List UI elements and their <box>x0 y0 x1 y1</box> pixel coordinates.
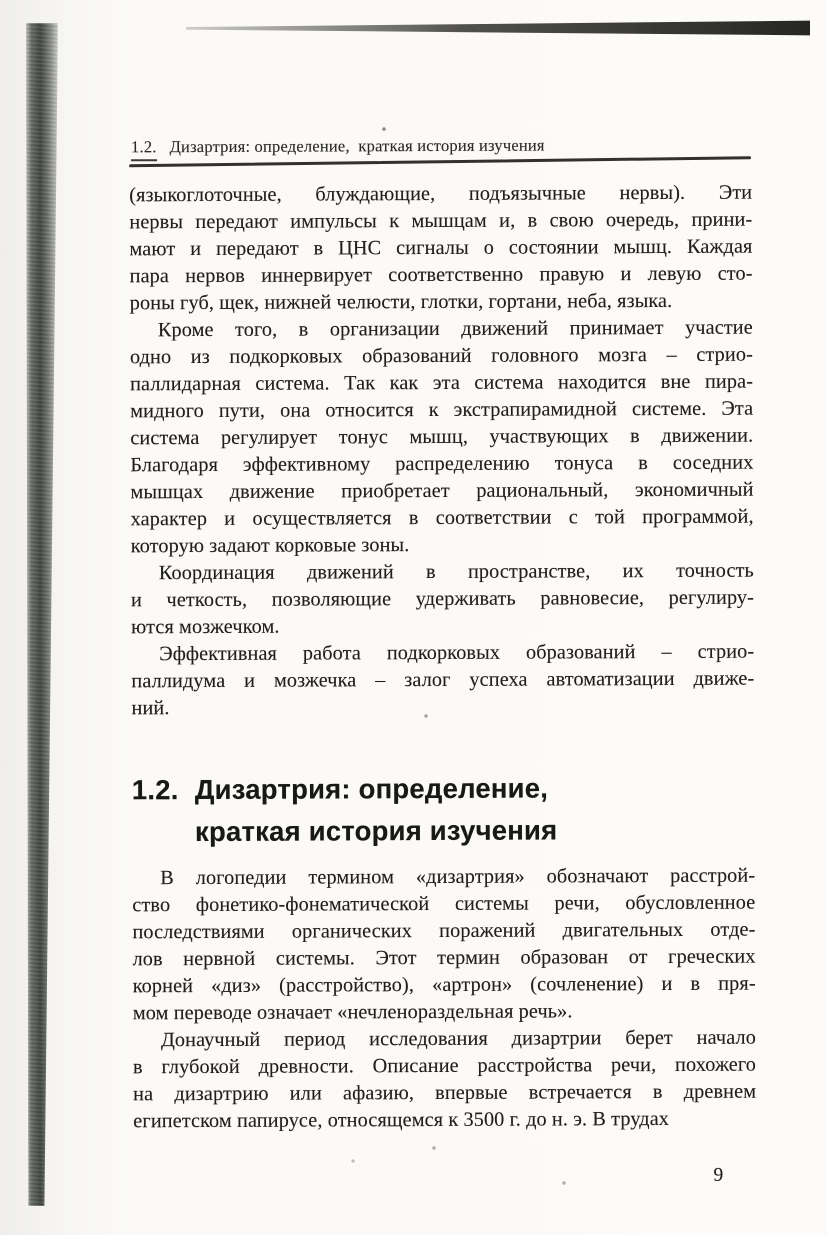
text-line: лов нервной системы. Этот термин образов… <box>133 944 756 974</box>
page-content: 1.2. Дизартрия: определение, краткая ист… <box>128 0 756 1235</box>
text-block-upper: (языкоглоточные, блуждающие, подъязычные… <box>129 180 754 723</box>
text-line: система регулирует тонус мышц, участвующ… <box>130 423 753 453</box>
text-line: ний. <box>131 693 754 723</box>
text-line: (языкоглоточные, блуждающие, подъязычные… <box>129 180 752 210</box>
running-header: 1.2. Дизартрия: определение, краткая ист… <box>131 135 545 161</box>
text-line: египетском папирусе, относящемся к 3500 … <box>133 1106 756 1136</box>
text-line: В логопедии термином «дизартрия» обознач… <box>132 863 755 893</box>
paragraph: Кроме того, в организации движений прини… <box>130 315 754 561</box>
paragraph: (языкоглоточные, блуждающие, подъязычные… <box>129 180 753 318</box>
section-heading: 1.2. Дизартрия: определение, краткая ист… <box>132 767 558 853</box>
text-line: паллидарная система. Так как эта система… <box>130 369 753 399</box>
text-line: ство фонетико-фонематической системы реч… <box>132 890 755 920</box>
text-line: Донаучный период исследования дизартрии … <box>133 1025 756 1055</box>
text-line: одно из подкорковых образований головног… <box>130 342 753 372</box>
text-line: Благодаря эффективному распределению тон… <box>130 450 753 480</box>
text-line: которую задают корковые зоны. <box>131 531 754 561</box>
text-line: Кроме того, в организации движений прини… <box>130 315 753 345</box>
section-heading-line2: краткая история изучения <box>195 809 558 853</box>
text-line: мом переводе означает «нечленораздельная… <box>133 998 756 1028</box>
text-line: корней «диз» (расстройство), «артрон» (с… <box>133 971 756 1001</box>
text-line: Эффективная работа подкорковых образован… <box>131 639 754 669</box>
text-line: мышцах движение приобретает рациональный… <box>130 477 753 507</box>
paragraph: В логопедии термином «дизартрия» обознач… <box>132 863 756 1028</box>
running-header-number: 1.2. <box>131 137 157 161</box>
text-line: Координация движений в пространстве, их … <box>131 558 754 588</box>
text-line: на дизартрию или афазию, впервые встреча… <box>133 1079 756 1109</box>
text-line: мают и передают в ЦНС сигналы о состояни… <box>129 234 752 264</box>
text-block-lower: В логопедии термином «дизартрия» обознач… <box>132 863 756 1136</box>
text-line: пара нервов иннервирует соответственно п… <box>130 261 753 291</box>
text-line: нервы передают импульсы к мышцам и, в св… <box>129 207 752 237</box>
section-heading-title: Дизартрия: определение, краткая история … <box>195 767 558 853</box>
text-line: характер и осуществляется в соответствии… <box>131 504 754 534</box>
text-line: последствиями органических поражений дви… <box>132 917 755 947</box>
scan-specks <box>0 0 2 2</box>
paragraph: Координация движений в пространстве, их … <box>131 558 754 642</box>
text-line: ются мозжечком. <box>131 612 754 642</box>
section-heading-line1: Дизартрия: определение, <box>195 767 558 811</box>
paragraph: Эффективная работа подкорковых образован… <box>131 639 754 723</box>
section-heading-number: 1.2. <box>132 769 195 811</box>
text-line: мидного пути, она относится к экстрапира… <box>130 396 753 426</box>
text-line: в глубокой древности. Описание расстройс… <box>133 1052 756 1082</box>
text-line: паллидума и мозжечка – залог успеха авто… <box>131 666 754 696</box>
text-line: и четкость, позволяющие удерживать равно… <box>131 585 754 615</box>
text-line: роны губ, щек, нижней челюсти, глотки, г… <box>130 288 753 318</box>
paragraph: Донаучный период исследования дизартрии … <box>133 1025 756 1136</box>
scanned-page: 1.2. Дизартрия: определение, краткая ист… <box>0 0 827 1235</box>
scan-binding-shadow <box>24 23 58 1206</box>
page-number: 9 <box>713 1165 723 1187</box>
running-header-title: Дизартрия: определение, краткая история … <box>170 135 545 157</box>
